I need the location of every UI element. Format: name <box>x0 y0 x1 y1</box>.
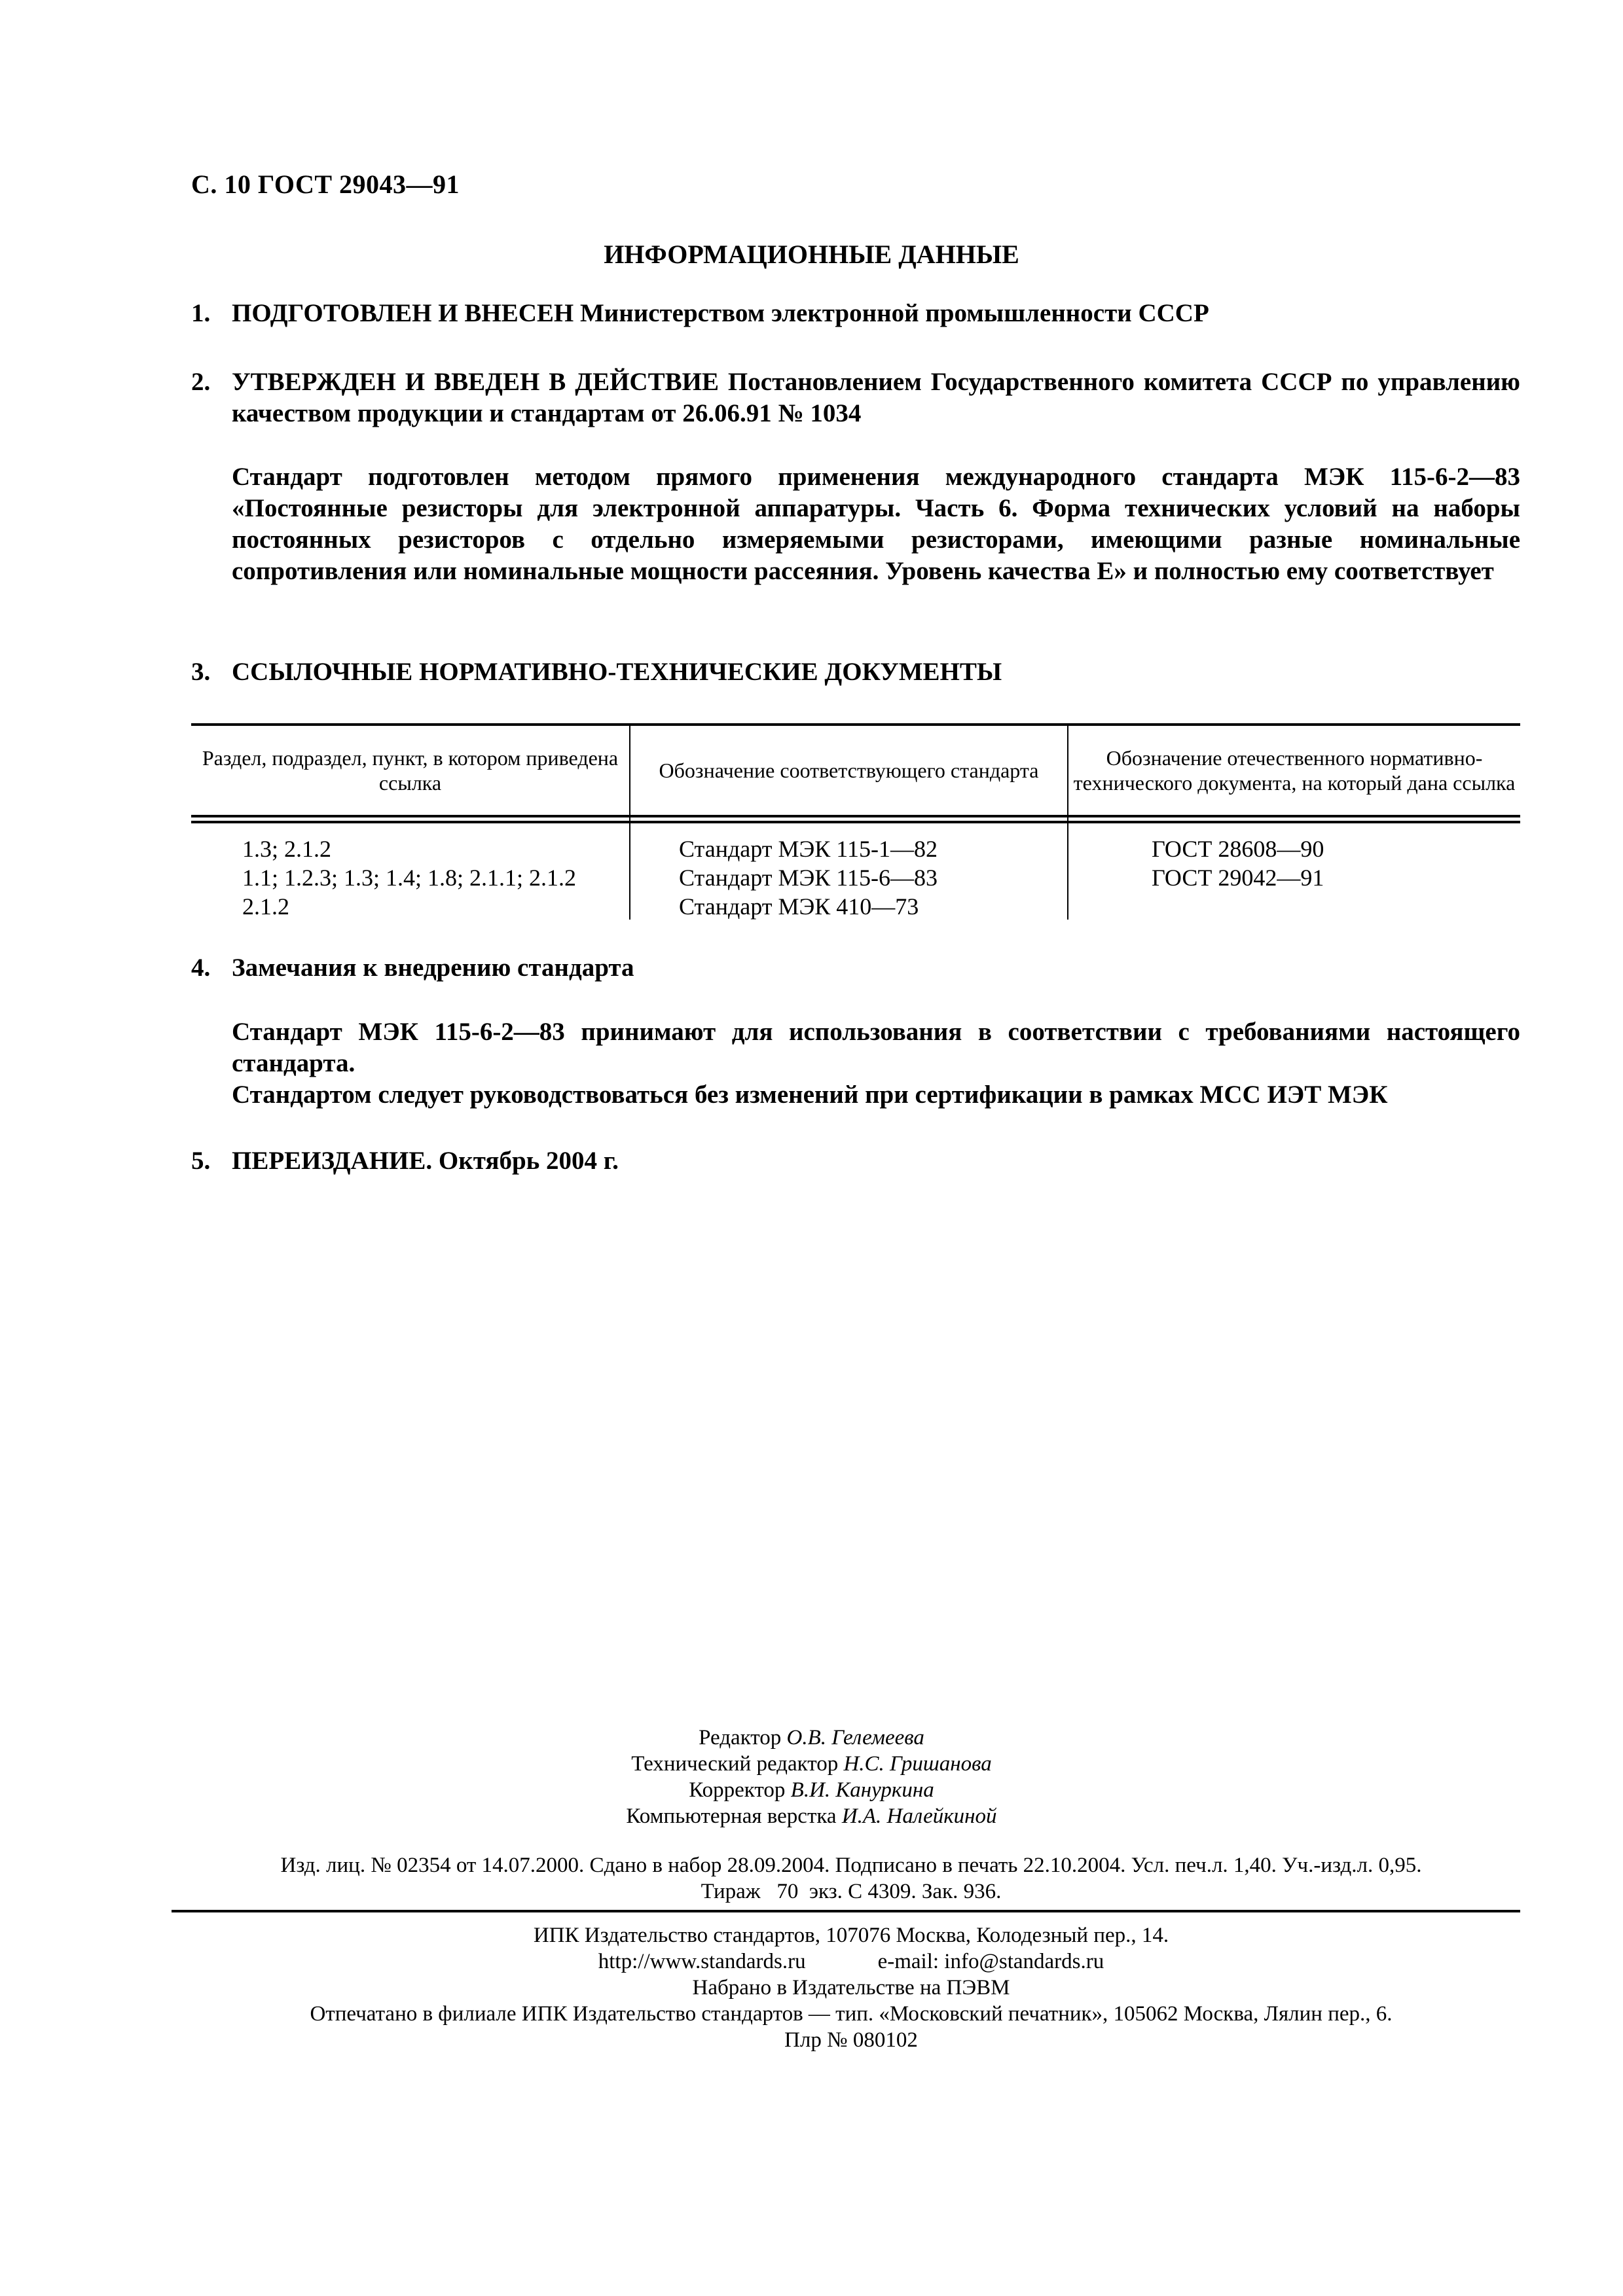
table-cell: 1.3; 2.1.2 <box>242 834 576 863</box>
credit-name: О.В. Гелемеева <box>787 1726 924 1749</box>
item-implementation-notes: 4. Замечания к внедрению стандарта <box>191 952 1520 984</box>
item-approved: 2. УТВЕРЖДЕН И ВВЕДЕН В ДЕЙСТВИЕ Постано… <box>191 367 1520 429</box>
publisher-info: ИПК Издательство стандартов, 107076 Моск… <box>164 1922 1539 2053</box>
item-reissue: 5. ПЕРЕИЗДАНИЕ. Октябрь 2004 г. <box>191 1145 1520 1177</box>
table-cell: 1.1; 1.2.3; 1.3; 1.4; 1.8; 2.1.1; 2.1.2 <box>242 863 576 892</box>
item-note-certification: Стандартом следует руководствоваться без… <box>232 1079 1520 1111</box>
item-number: 2. <box>191 367 210 398</box>
table-cell: ГОСТ 29042—91 <box>1152 863 1324 892</box>
publisher-contacts: http://www.standards.rue-mail: info@stan… <box>164 1948 1539 1975</box>
table-column-standards: Стандарт МЭК 115-1—82 Стандарт МЭК 115-6… <box>679 834 938 921</box>
table-rule-header <box>191 815 1520 817</box>
table-header-domestic-doc: Обозначение отечественного нормативно-те… <box>1068 726 1520 815</box>
credit-name: Н.С. Гришанова <box>843 1752 991 1776</box>
credit-role: Корректор <box>689 1778 785 1802</box>
credit-editor: Редактор О.В. Гелемеева <box>0 1725 1623 1751</box>
credit-proofreader: Корректор В.И. Кануркина <box>0 1777 1623 1803</box>
publisher-email-link[interactable]: e-mail: info@standards.ru <box>878 1950 1104 1973</box>
publisher-website-link[interactable]: http://www.standards.ru <box>598 1950 806 1973</box>
item-number: 5. <box>191 1145 210 1177</box>
table-header-standard: Обозначение соответствующего стандарта <box>630 726 1067 815</box>
document-title: ИНФОРМАЦИОННЫЕ ДАННЫЕ <box>0 239 1623 270</box>
credit-name: В.И. Кануркина <box>791 1778 934 1802</box>
publisher-address: ИПК Издательство стандартов, 107076 Моск… <box>164 1922 1539 1948</box>
table-cell: Стандарт МЭК 115-1—82 <box>679 834 938 863</box>
publication-info: Изд. лиц. № 02354 от 14.07.2000. Сдано в… <box>164 1852 1539 1905</box>
page-header: С. 10 ГОСТ 29043—91 <box>191 169 460 200</box>
table-column-domestic: ГОСТ 28608—90 ГОСТ 29042—91 <box>1152 834 1324 892</box>
table-rule-header <box>191 821 1520 823</box>
item-lead: ССЫЛОЧНЫЕ НОРМАТИВНО-ТЕХНИЧЕСКИЕ ДОКУМЕН… <box>232 658 1002 686</box>
table-cell: 2.1.2 <box>242 892 576 921</box>
item-lead: УТВЕРЖДЕН И ВВЕДЕН В ДЕЙСТВИЕ <box>232 368 719 396</box>
table-cell: ГОСТ 28608—90 <box>1152 834 1324 863</box>
item-number: 1. <box>191 298 210 329</box>
editorial-credits: Редактор О.В. Гелемеева Технический реда… <box>0 1725 1623 1829</box>
item-note-standard: Стандарт подготовлен методом прямого при… <box>232 461 1520 587</box>
item-note-acceptance: Стандарт МЭК 115-6-2—83 принимают для ис… <box>232 1016 1520 1079</box>
plr-number: Плр № 080102 <box>164 2027 1539 2053</box>
item-number: 3. <box>191 656 210 688</box>
credit-name: И.А. Налейкиной <box>842 1804 997 1828</box>
item-text: Министерством электронной промышленности… <box>574 299 1209 327</box>
table-cell: Стандарт МЭК 410—73 <box>679 892 938 921</box>
credit-layout: Компьютерная верстка И.А. Налейкиной <box>0 1803 1623 1829</box>
item-lead: Замечания к внедрению стандарта <box>232 954 634 982</box>
publication-info-line: Изд. лиц. № 02354 от 14.07.2000. Сдано в… <box>164 1852 1539 1878</box>
table-column-sections: 1.3; 2.1.2 1.1; 1.2.3; 1.3; 1.4; 1.8; 2.… <box>242 834 576 921</box>
item-lead: ПЕРЕИЗДАНИЕ. Октябрь 2004 г. <box>232 1147 619 1175</box>
credit-role: Редактор <box>699 1726 781 1749</box>
print-run-line: Тираж 70 экз. С 4309. Зак. 936. <box>164 1878 1539 1905</box>
typeset-note: Набрано в Издательстве на ПЭВМ <box>164 1975 1539 2001</box>
item-lead: ПОДГОТОВЛЕН И ВНЕСЕН <box>232 299 574 327</box>
table-header-section: Раздел, подраздел, пункт, в котором прив… <box>191 726 629 815</box>
table-cell: Стандарт МЭК 115-6—83 <box>679 863 938 892</box>
credit-role: Компьютерная верстка <box>626 1804 836 1828</box>
printed-note: Отпечатано в филиале ИПК Издательство ст… <box>164 2001 1539 2027</box>
item-prepared-by: 1. ПОДГОТОВЛЕН И ВНЕСЕН Министерством эл… <box>191 298 1520 329</box>
item-references: 3. ССЫЛОЧНЫЕ НОРМАТИВНО-ТЕХНИЧЕСКИЕ ДОКУ… <box>191 656 1520 688</box>
credit-role: Технический редактор <box>631 1752 838 1776</box>
credit-tech-editor: Технический редактор Н.С. Гришанова <box>0 1751 1623 1777</box>
footer-divider <box>172 1910 1520 1912</box>
item-number: 4. <box>191 952 210 984</box>
